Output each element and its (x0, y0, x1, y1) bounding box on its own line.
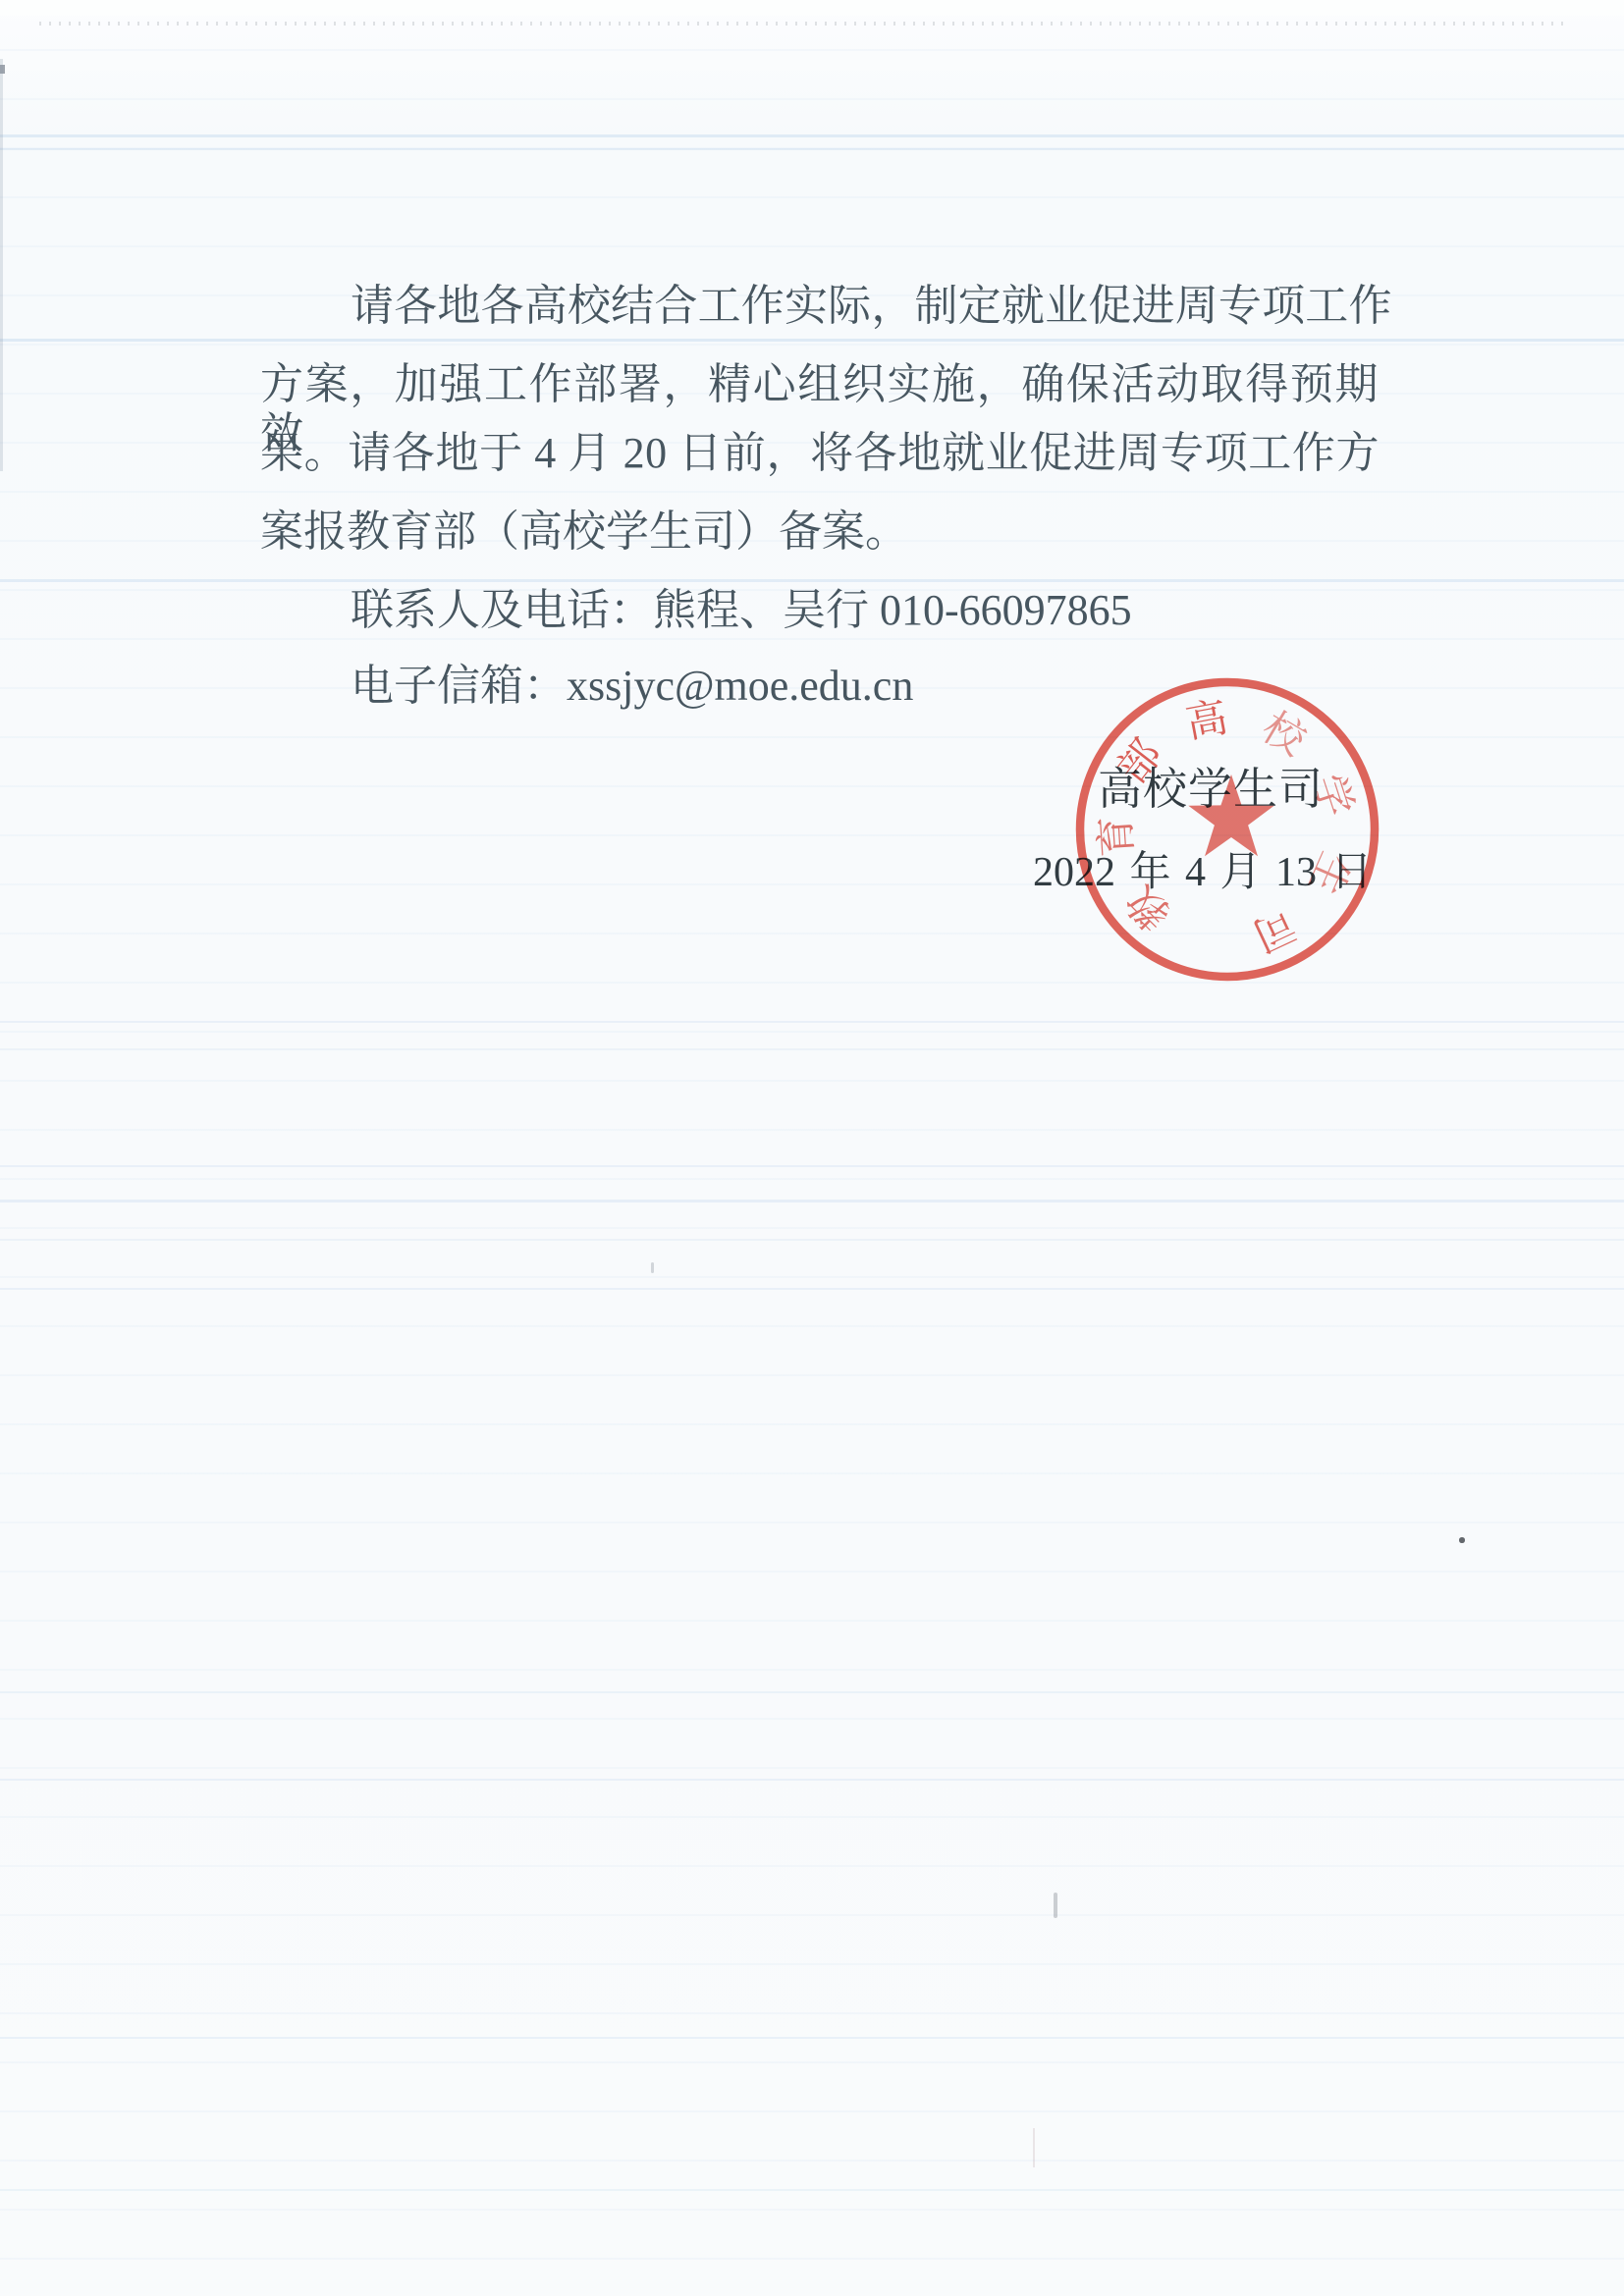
seal-ring-char: 高 (1182, 695, 1231, 748)
body-line-3: 果。请各地于 4 月 20 日前，将各地就业促进周专项工作方 (260, 429, 1380, 478)
scan-edge-mark (0, 65, 5, 74)
scan-line (0, 1239, 1624, 1241)
seal-ring-char: 生 (1299, 845, 1357, 901)
scan-line (0, 579, 1624, 582)
seal-ring-char: 育 (1093, 815, 1142, 859)
scan-texture (0, 0, 1624, 2296)
scan-noise-band (39, 22, 1571, 26)
body-line-1: 请各地各高校结合工作实际，制定就业促进周专项工作 (351, 282, 1391, 331)
scan-edge-line (0, 59, 3, 471)
scan-line (0, 134, 1624, 137)
seal-ring-char: 学 (1304, 770, 1360, 823)
scratch-mark (1033, 2128, 1035, 2167)
scan-line (0, 339, 1624, 342)
seal-ring-char: 司 (1246, 900, 1303, 958)
official-seal-stamp: 教 育 部 高 校 学 生 司 (1070, 672, 1384, 987)
contact-line: 联系人及电话：熊程、吴行 010-66097865 (351, 586, 1132, 635)
seal-star-icon (1188, 774, 1273, 856)
scanned-document-page: 请各地各高校结合工作实际，制定就业促进周专项工作 方案，加强工作部署，精心组织实… (0, 0, 1624, 2296)
scan-line (0, 1048, 1624, 1050)
email-line: 电子信箱：xssjyc@moe.edu.cn (351, 662, 913, 711)
smudge-mark (1054, 1893, 1057, 1918)
scan-line (0, 1021, 1624, 1023)
scan-top-band (0, 0, 1624, 16)
seal-ring-char: 校 (1254, 705, 1313, 766)
scan-line (0, 1165, 1624, 1167)
body-line-4: 案报教育部（高校学生司）备案。 (260, 507, 908, 557)
scan-line (0, 2189, 1624, 2191)
scan-line (0, 1779, 1624, 1781)
scan-line (0, 2037, 1624, 2039)
dust-speck (1459, 1537, 1465, 1543)
seal-ring-char: 教 (1119, 877, 1180, 937)
seal-ring-char: 部 (1110, 732, 1171, 792)
scan-line (0, 1288, 1624, 1290)
scan-line (0, 1200, 1624, 1202)
scan-line (0, 1691, 1624, 1693)
smudge-mark (651, 1262, 654, 1273)
scan-line (0, 148, 1624, 150)
